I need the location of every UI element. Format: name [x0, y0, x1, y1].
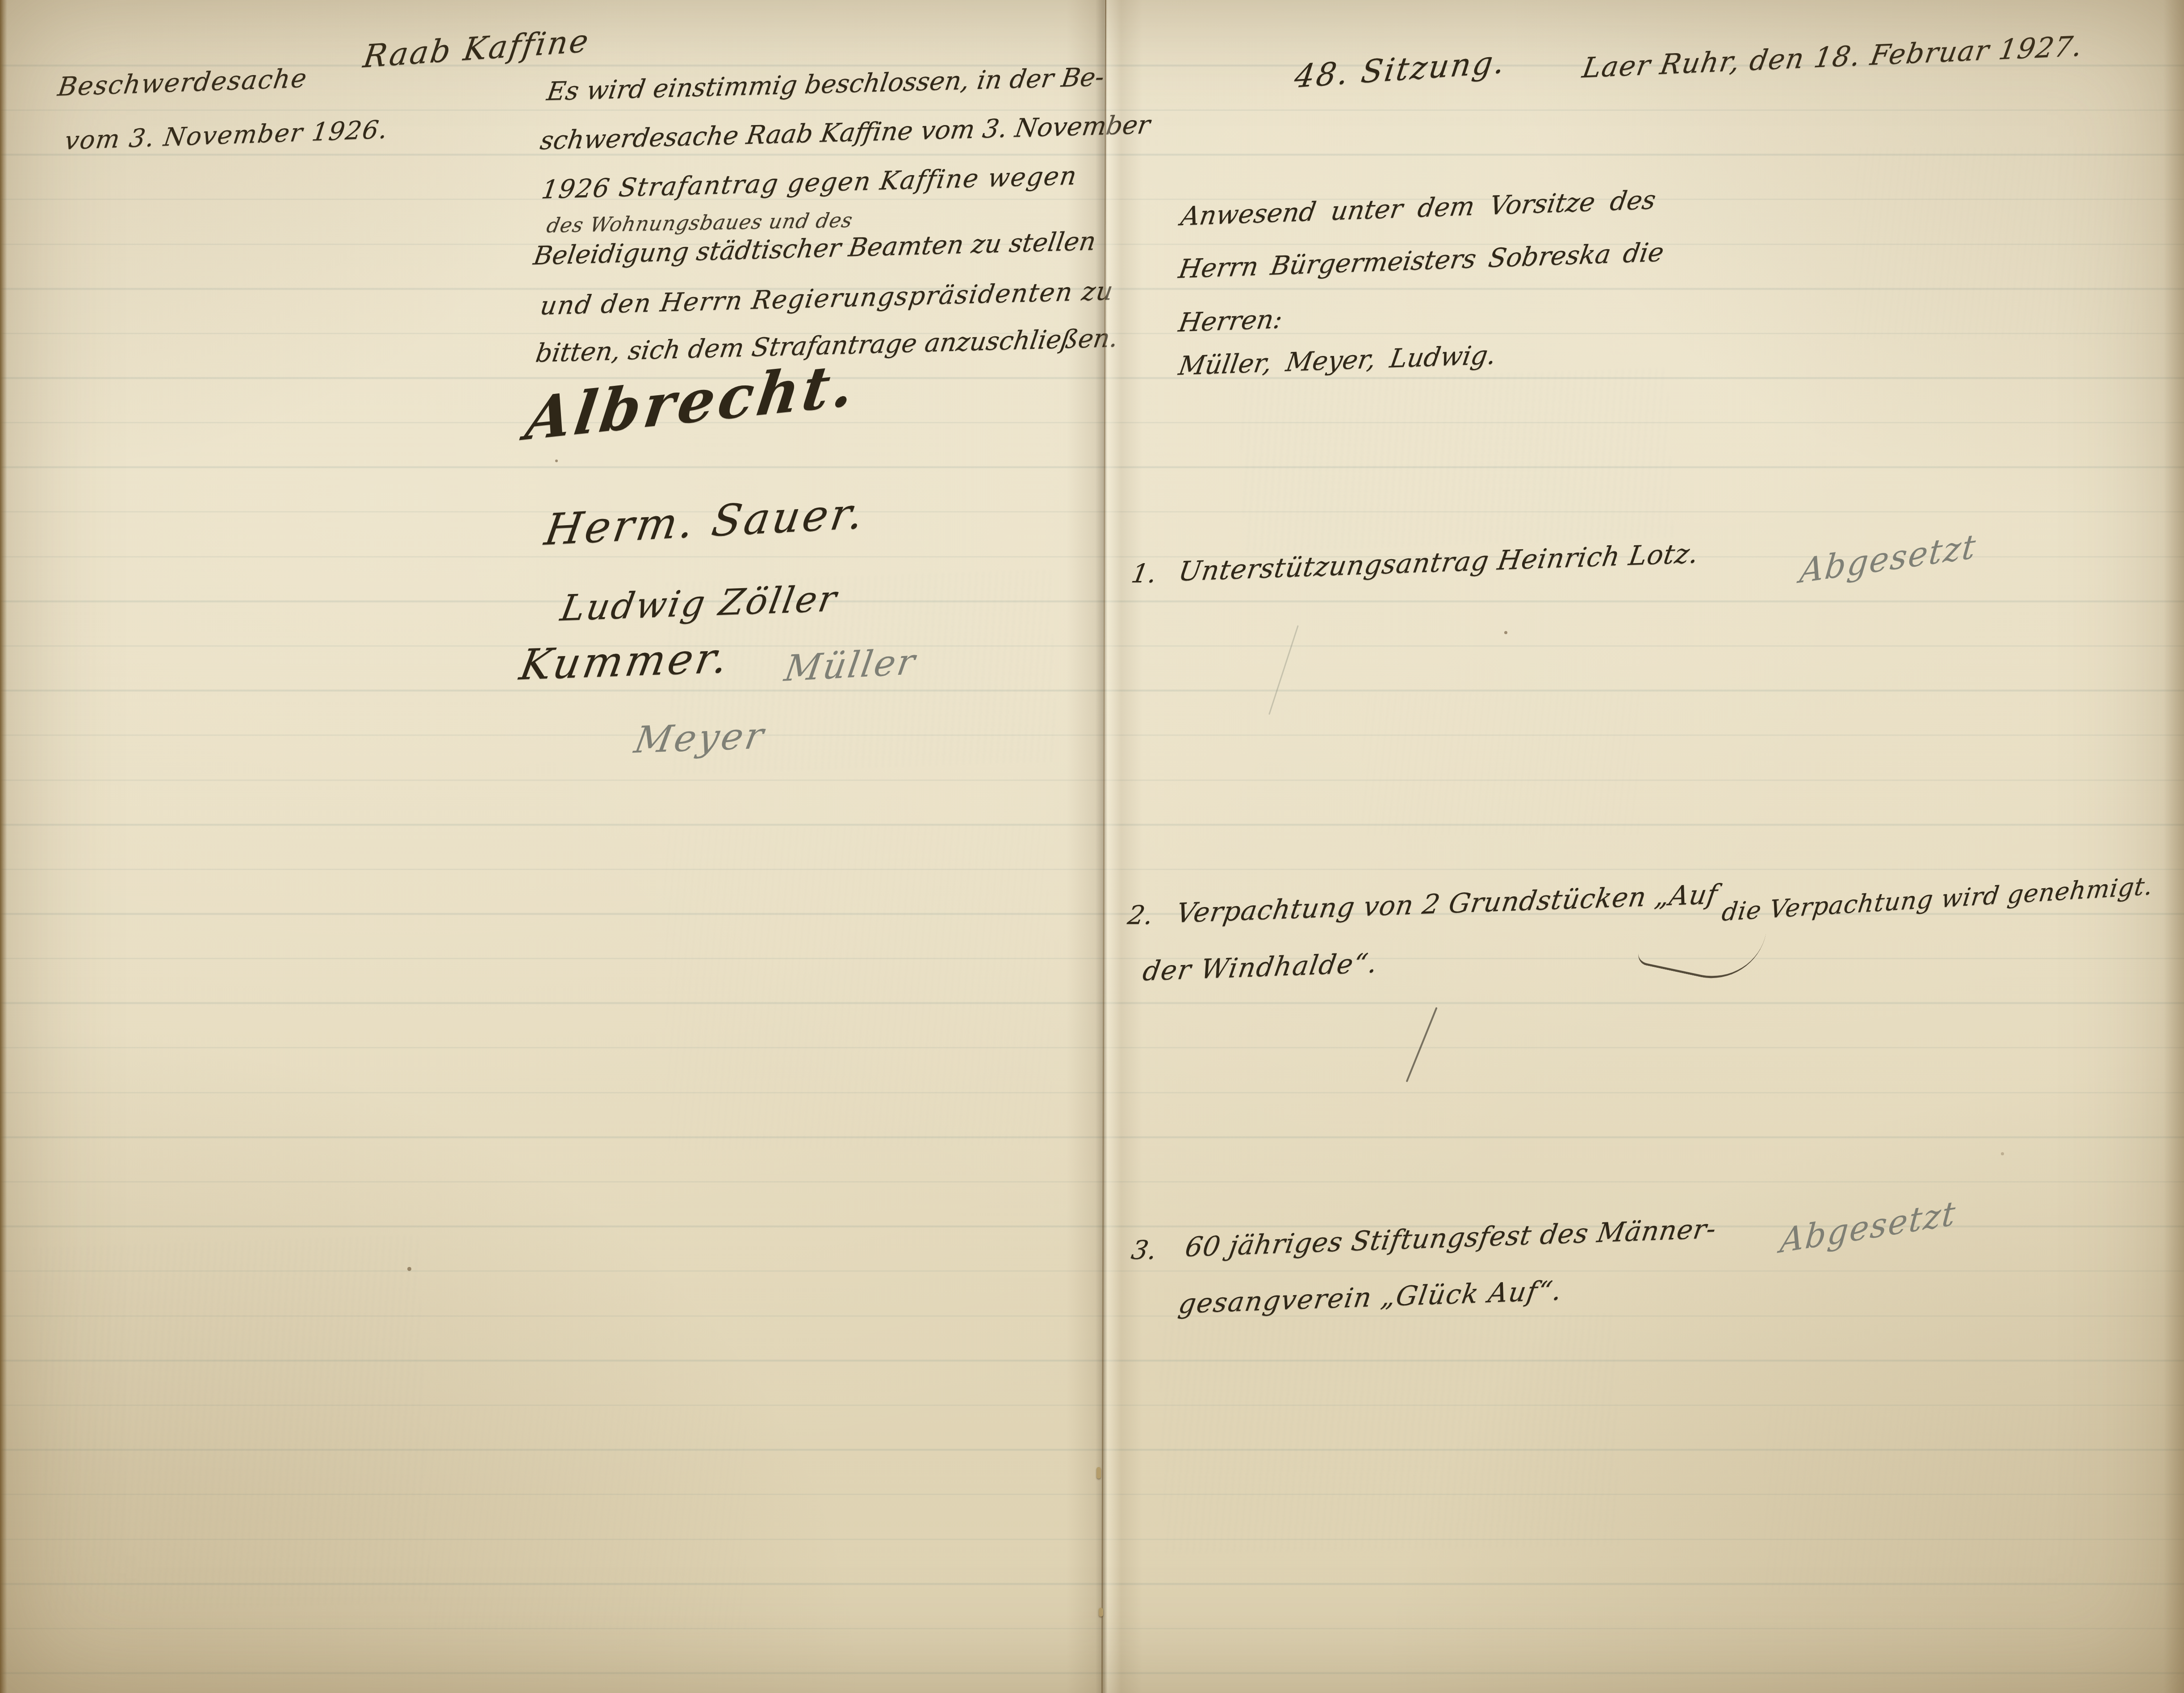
paper-speck [2001, 1152, 2004, 1155]
scan-vignette [0, 0, 2184, 1693]
paper-speck [555, 460, 558, 462]
paper-speck [1504, 631, 1507, 634]
paper-speck [407, 1267, 411, 1271]
scanned-minutes-spread: Beschwerdesache Raab Kaffine vom 3. Nove… [0, 0, 2184, 1693]
